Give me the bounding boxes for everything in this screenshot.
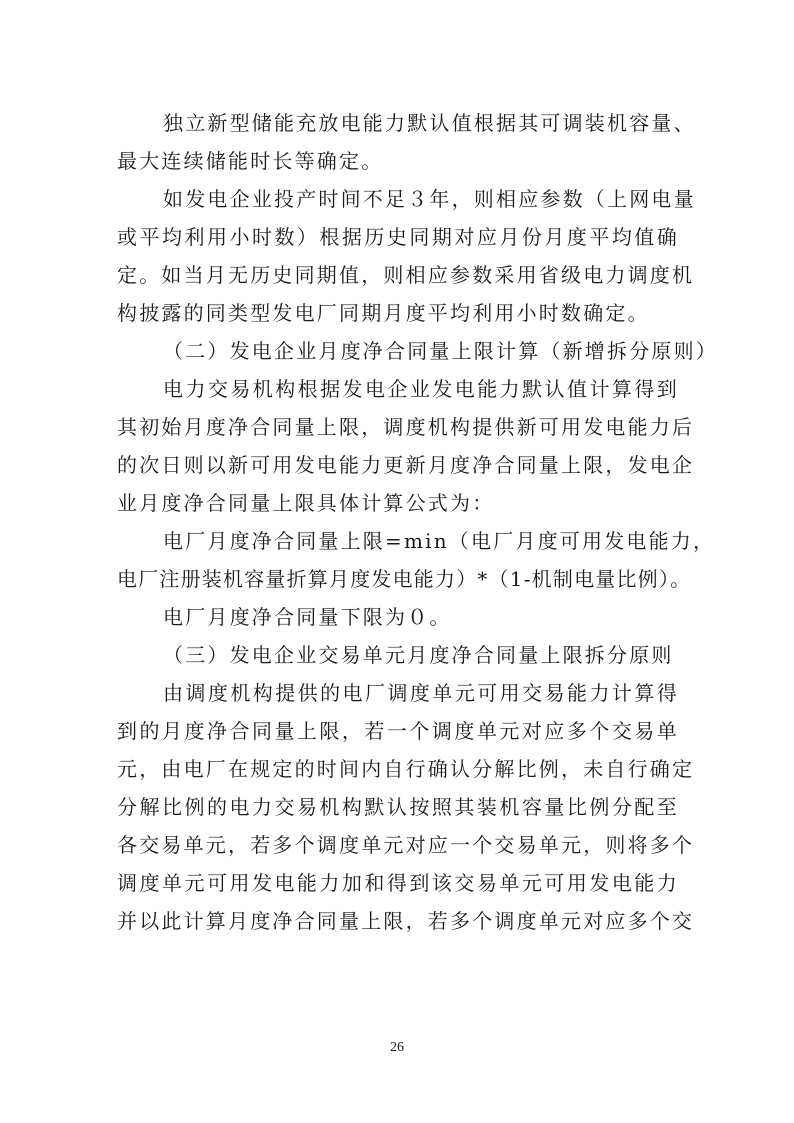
paragraph-upper-limit-line-4: 业月度净合同量上限具体计算公式为： <box>117 484 679 522</box>
paragraph-storage-capacity-line-1: 独立新型储能充放电能力默认值根据其可调装机容量、 <box>117 104 679 142</box>
paragraph-storage-capacity-line-2: 最大连续储能时长等确定。 <box>117 142 679 180</box>
formula-line-2: 电厂注册装机容量折算月度发电能力）*（1-机制电量比例）。 <box>117 560 679 598</box>
paragraph-upper-limit-line-3: 的次日则以新可用发电能力更新月度净合同量上限，发电企 <box>117 446 679 484</box>
paragraph-split-principle-line-7: 并以此计算月度净合同量上限，若多个调度单元对应多个交 <box>117 902 679 940</box>
document-page: 独立新型储能充放电能力默认值根据其可调装机容量、 最大连续储能时长等确定。 如发… <box>117 104 679 940</box>
paragraph-less-than-3-years-line-3: 定。如当月无历史同期值，则相应参数采用省级电力调度机 <box>117 256 679 294</box>
paragraph-upper-limit-line-1: 电力交易机构根据发电企业发电能力默认值计算得到 <box>117 370 679 408</box>
paragraph-split-principle-line-5: 各交易单元，若多个调度单元对应一个交易单元，则将多个 <box>117 826 679 864</box>
paragraph-split-principle-line-2: 到的月度净合同量上限，若一个调度单元对应多个交易单 <box>117 712 679 750</box>
section-heading-3: （三）发电企业交易单元月度净合同量上限拆分原则 <box>117 636 679 674</box>
page-number: 26 <box>0 1040 794 1056</box>
paragraph-lower-limit: 电厂月度净合同量下限为０。 <box>117 598 679 636</box>
paragraph-split-principle-line-1: 由调度机构提供的电厂调度单元可用交易能力计算得 <box>117 674 679 712</box>
paragraph-split-principle-line-6: 调度单元可用发电能力加和得到该交易单元可用发电能力 <box>117 864 679 902</box>
paragraph-less-than-3-years-line-4: 构披露的同类型发电厂同期月度平均利用小时数确定。 <box>117 294 679 332</box>
section-heading-2: （二）发电企业月度净合同量上限计算（新增拆分原则） <box>117 332 679 370</box>
paragraph-upper-limit-line-2: 其初始月度净合同量上限，调度机构提供新可用发电能力后 <box>117 408 679 446</box>
paragraph-split-principle-line-3: 元，由电厂在规定的时间内自行确认分解比例，未自行确定 <box>117 750 679 788</box>
paragraph-less-than-3-years-line-1: 如发电企业投产时间不足３年，则相应参数（上网电量 <box>117 180 679 218</box>
paragraph-less-than-3-years-line-2: 或平均利用小时数）根据历史同期对应月份月度平均值确 <box>117 218 679 256</box>
formula-line-1: 电厂月度净合同量上限=min（电厂月度可用发电能力， <box>117 522 679 560</box>
paragraph-split-principle-line-4: 分解比例的电力交易机构默认按照其装机容量比例分配至 <box>117 788 679 826</box>
